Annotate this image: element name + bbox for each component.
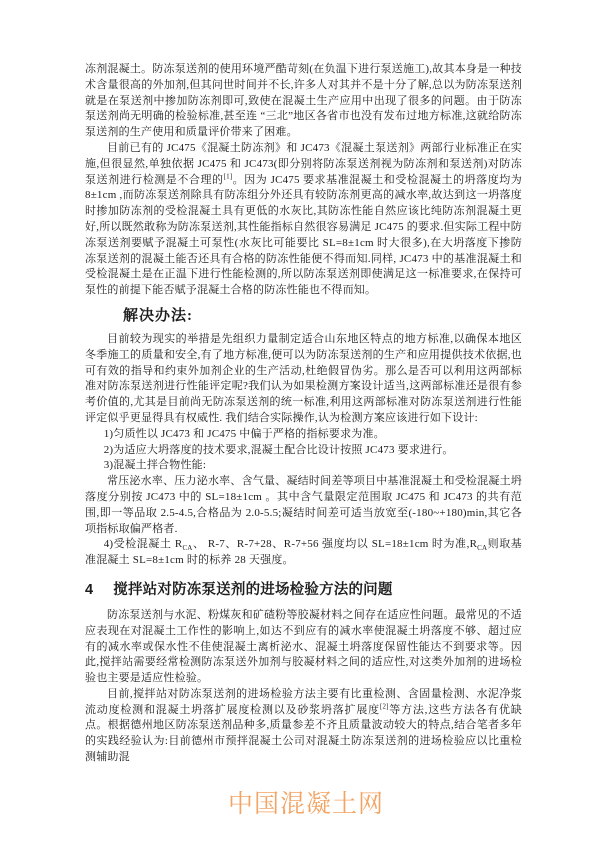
list-item-4: 4)受检混凝土 RCA、 R-7、R-7+28、R-7+56 强度均以 SL=1… (85, 537, 522, 569)
paragraph-inspection-methods: 目前,搅拌站对防冻泵送剂的进场检验方法主要有比重检测、含固量检测、水泥净浆流动度… (85, 687, 522, 766)
paragraph-solution: 目前较为现实的举措是先组织力量制定适合山东地区特点的地方标准,以确保本地区冬季施… (85, 332, 522, 427)
document-page: 冻剂混凝土。防冻泵送剂的使用环境严酷苛刻(在负温下进行泵送施工),故其本身是一种… (0, 0, 600, 848)
subscript-rca: CA (182, 545, 192, 553)
subsection-heading-solution: 解决办法: (123, 306, 522, 326)
paragraph-adaptability: 防冻泵送剂与水泥、粉煤灰和矿碴粉等胶凝材料之间存在适应性问题。最常见的不适应表现… (85, 608, 522, 687)
paragraph-text: 。因为 JC475 要求基准混凝土和受检混凝土的坍落度均为 8±1cm ,而防冻… (85, 174, 522, 297)
section-heading-4: 4搅拌站对防冻泵送剂的进场检验方法的问题 (85, 580, 522, 600)
paragraph-standards: 目前已有的 JC475《混凝土防冻剂》和 JC473《混凝土泵送剂》两部行业标准… (85, 141, 522, 299)
section-number: 4 (85, 580, 93, 600)
paragraph-continuation: 冻剂混凝土。防冻泵送剂的使用环境严酷苛刻(在负温下进行泵送施工),故其本身是一种… (85, 62, 522, 141)
section-title: 搅拌站对防冻泵送剂的进场检验方法的问题 (113, 582, 392, 598)
watermark-china-concrete-net: 中国混凝土网 (228, 788, 384, 820)
subscript-rca: CA (477, 545, 487, 553)
paragraph-mixture-performance: 常压泌水率、压力泌水率、含气量、凝结时间差等项目中基准混凝土和受检混凝土坍落度分… (85, 474, 522, 537)
paragraph-text: 、 R-7、R-7+28、R-7+56 强度均以 SL=18±1cm 时为准,R (193, 538, 478, 550)
citation-ref-1: [1] (224, 172, 233, 180)
list-item-1: 1)匀质性以 JC473 和 JC475 中偏于严格的指标要求为准。 (85, 427, 522, 443)
list-item-3: 3)混凝土拌合物性能: (85, 458, 522, 474)
document-body: 冻剂混凝土。防冻泵送剂的使用环境严酷苛刻(在负温下进行泵送施工),故其本身是一种… (85, 62, 522, 766)
citation-ref-2: [2] (380, 702, 389, 710)
paragraph-text: 4)受检混凝土 R (104, 538, 183, 550)
list-item-2: 2)为适应大坍落度的技术要求,混凝土配合比设计按照 JC473 要求进行。 (85, 443, 522, 459)
